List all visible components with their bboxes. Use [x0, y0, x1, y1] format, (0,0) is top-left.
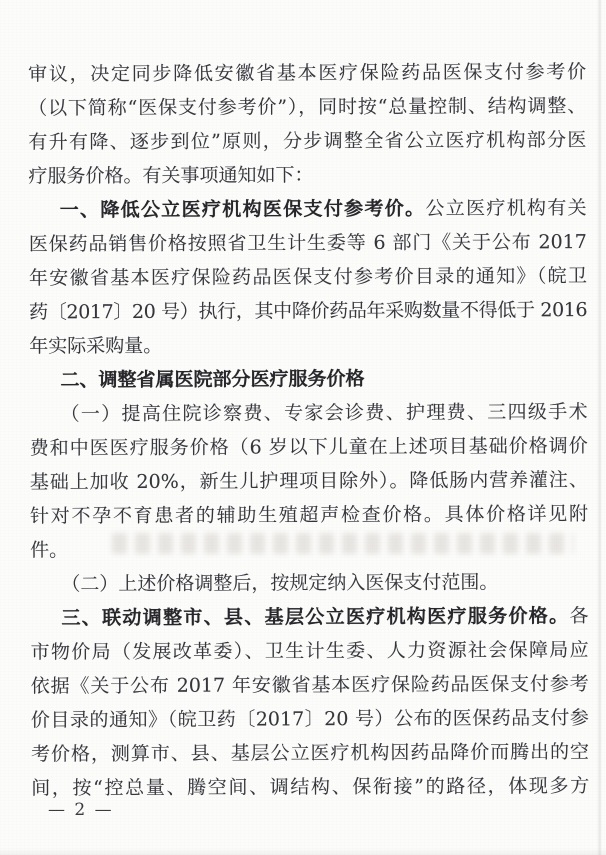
text-line: 件。	[30, 531, 588, 567]
bold-text-segment: 一、降低公立医疗机构医保支付参考价。	[60, 198, 426, 222]
document-body: 审议，决定同步降低安徽省基本医疗保险药品医保支付参考价（以下简称“医保支付参考价…	[28, 55, 589, 805]
text-line: 年实际采购量。	[29, 327, 587, 363]
section-heading-line: 二、调整省属医院部分医疗服务价格	[29, 361, 587, 397]
text-segment: 基础上加收 20%，新生儿护理项目除外）。降低肠内营养灌注、	[30, 469, 588, 493]
text-segment: 价目录的通知》（皖卫药〔2017〕20 号）公布的医保药品支付参	[31, 707, 589, 731]
text-segment: 依据《关于公布 2017 年安徽省基本医疗保险药品医保支付参考	[31, 673, 589, 697]
text-segment: 考价格，测算市、县、基层公立医疗机构因药品降价而腾出的空	[31, 741, 589, 765]
page-edge-shadow-bottom	[0, 848, 606, 855]
page-number: — 2 —	[48, 800, 114, 820]
text-segment: 公立医疗机构有关	[425, 197, 586, 220]
text-segment: 年实际采购量。	[29, 335, 162, 358]
text-line: 医保药品销售价格按照省卫生计生委等 6 部门《关于公布 2017	[29, 225, 587, 261]
page-edge-shadow-right	[597, 0, 602, 855]
text-segment: 有升有降、逐步到位”原则，分步调整全省公立医疗机构部分医	[28, 129, 586, 153]
text-line: 审议，决定同步降低安徽省基本医疗保险药品医保支付参考价	[28, 55, 586, 91]
text-segment: 药〔2017〕20 号）执行，其中降价药品年采购数量不得低于 2016	[29, 299, 587, 323]
text-line: 价目录的通知》（皖卫药〔2017〕20 号）公布的医保药品支付参	[31, 701, 589, 737]
scanned-document-page: 审议，决定同步降低安徽省基本医疗保险药品医保支付参考价（以下简称“医保支付参考价…	[0, 0, 606, 855]
text-line: 费和中医医疗服务价格（6 岁以下儿童在上述项目基础价格调价	[30, 429, 588, 465]
text-line: 依据《关于公布 2017 年安徽省基本医疗保险药品医保支付参考	[31, 667, 589, 703]
bold-text-segment: 二、调整省属医院部分医疗服务价格	[60, 368, 364, 391]
text-segment: （以下简称“医保支付参考价”），同时按“总量控制、结构调整、	[28, 95, 586, 119]
bold-text-segment: 三、联动调整市、县、基层公立医疗机构医疗服务价格。	[61, 605, 569, 629]
text-line: 考价格，测算市、县、基层公立医疗机构因药品降价而腾出的空	[31, 735, 589, 771]
text-line: 一、降低公立医疗机构医保支付参考价。公立医疗机构有关	[29, 191, 587, 227]
text-line: 三、联动调整市、县、基层公立医疗机构医疗服务价格。各	[30, 599, 588, 635]
text-segment: 医保药品销售价格按照省卫生计生委等 6 部门《关于公布 2017	[29, 231, 587, 255]
text-line: 市物价局（发展改革委）、卫生计生委、人力资源社会保障局应	[31, 633, 589, 669]
text-segment: 间，按“控总量、腾空间、调结构、保衔接”的路径，体现多方	[31, 775, 589, 799]
text-segment: 审议，决定同步降低安徽省基本医疗保险药品医保支付参考价	[28, 61, 586, 85]
text-line: 间，按“控总量、腾空间、调结构、保衔接”的路径，体现多方	[31, 769, 589, 805]
text-line: （以下简称“医保支付参考价”），同时按“总量控制、结构调整、	[28, 89, 586, 125]
text-segment: 费和中医医疗服务价格（6 岁以下儿童在上述项目基础价格调价	[30, 435, 588, 459]
text-line: （一）提高住院诊察费、专家会诊费、护理费、三四级手术	[29, 395, 587, 431]
text-line: 基础上加收 20%，新生儿护理项目除外）。降低肠内营养灌注、	[30, 463, 588, 499]
text-segment: 疗服务价格。有关事项通知如下：	[28, 164, 313, 187]
text-segment: 各	[569, 605, 588, 627]
text-segment: （一）提高住院诊察费、专家会诊费、护理费、三四级手术	[61, 401, 588, 425]
text-segment: （二）上述价格调整后，按规定纳入医保支付范围。	[61, 571, 498, 595]
text-line: 药〔2017〕20 号）执行，其中降价药品年采购数量不得低于 2016	[29, 293, 587, 329]
text-segment: 市物价局（发展改革委）、卫生计生委、人力资源社会保障局应	[31, 639, 589, 663]
text-line: 有升有降、逐步到位”原则，分步调整全省公立医疗机构部分医	[28, 123, 586, 159]
text-line: 年安徽省基本医疗保险药品医保支付参考价目录的通知》（皖卫	[29, 259, 587, 295]
text-line: （二）上述价格调整后，按规定纳入医保支付范围。	[30, 565, 588, 601]
text-segment: 年安徽省基本医疗保险药品医保支付参考价目录的通知》（皖卫	[29, 265, 587, 289]
text-line: 疗服务价格。有关事项通知如下：	[28, 157, 586, 193]
text-line: 针对不孕不育患者的辅助生殖超声检查价格。具体价格详见附	[30, 497, 588, 533]
text-segment: 针对不孕不育患者的辅助生殖超声检查价格。具体价格详见附	[30, 503, 588, 527]
text-segment: 件。	[30, 539, 68, 561]
